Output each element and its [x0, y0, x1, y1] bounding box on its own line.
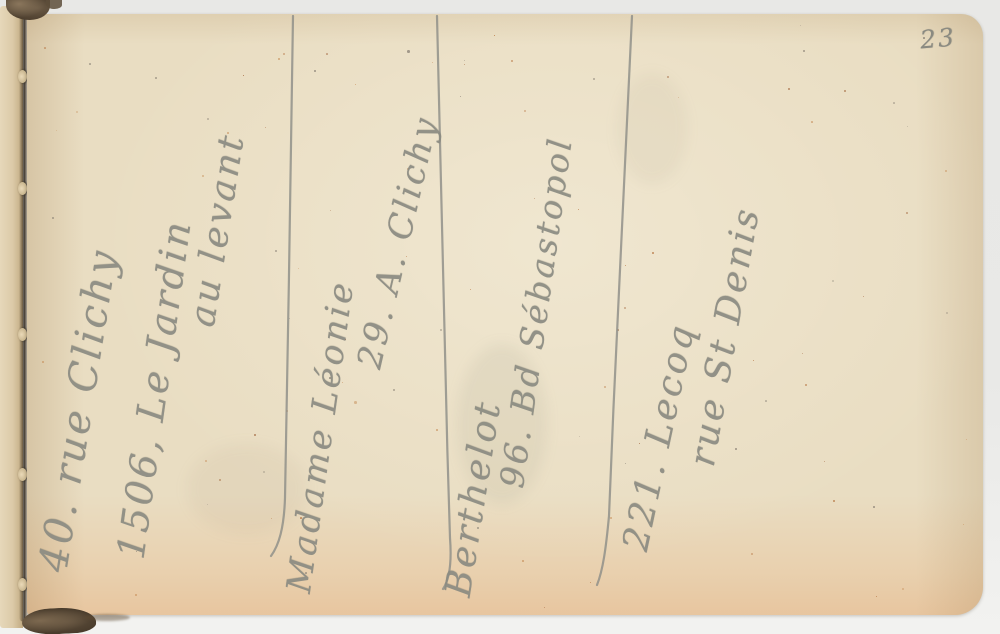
binding-stitch: [18, 328, 27, 341]
binding-stitch: [18, 70, 27, 83]
binding-stitch: [18, 578, 27, 591]
binding-fragment-smear: [84, 614, 130, 621]
binding-stitch: [18, 182, 27, 195]
binding-fragment-top: [46, 0, 62, 9]
pencil-smudge: [617, 74, 687, 184]
binding-stitch: [18, 468, 27, 481]
page-number: 23: [919, 22, 957, 54]
